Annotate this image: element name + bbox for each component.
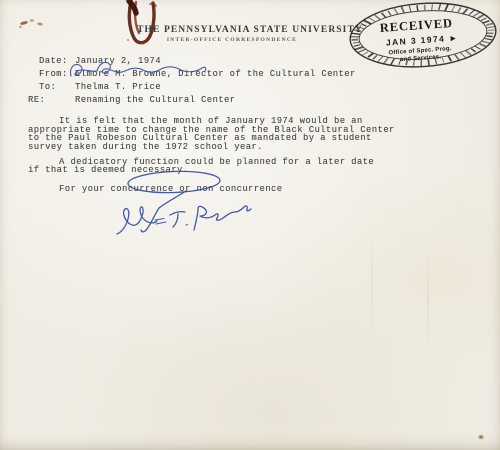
closing-line: For your concurrence or non concurrence [28,185,395,194]
body-line: if that is deemed necessary. [28,166,395,175]
paper-crease [371,228,373,334]
date-label: Date: [39,56,68,66]
from-label: From: [39,69,68,79]
memo-body: It is felt that the month of January 197… [28,117,395,193]
price-signature [117,206,251,234]
paper-crease [427,247,429,353]
stamp-received-text: RECEIVED [379,16,453,35]
re-label: RE: [28,95,45,105]
body-line: survey taken during the 1972 school year… [28,143,395,152]
date-value: January 2, 1974 [75,56,161,66]
to-label: To: [39,82,56,92]
memo-document: THE PENNSYLVANIA STATE UNIVERSITY INTER-… [0,0,500,450]
letterhead-subtitle: INTER-OFFICE CORRESPONDENCE [112,37,352,43]
paragraph-1: It is felt that the month of January 197… [28,117,395,152]
from-value: Elmore M. Browne, Director of the Cultur… [75,69,356,79]
letterhead-university-name: THE PENNSYLVANIA STATE UNIVERSITY [130,25,370,35]
received-stamp: RECEIVED JAN 3 1974 ► Office of Spec. Pr… [345,0,500,74]
to-value: Thelma T. Price [75,82,161,92]
paragraph-2: A dedicatory function could be planned f… [28,158,395,175]
re-value: Renaming the Cultural Center [75,95,235,105]
